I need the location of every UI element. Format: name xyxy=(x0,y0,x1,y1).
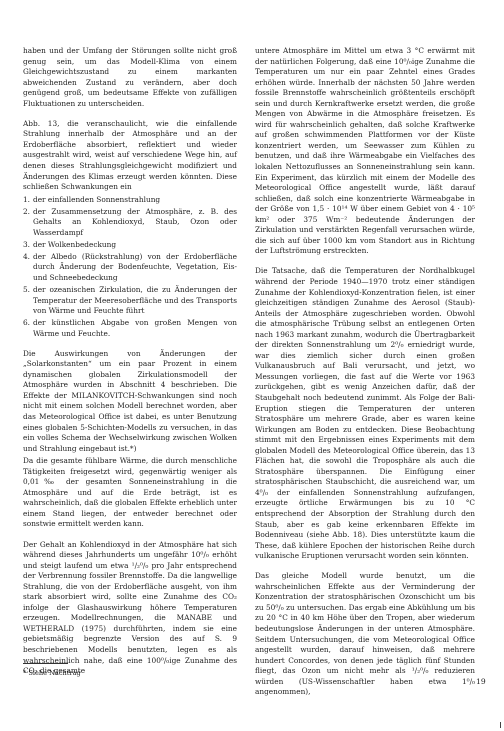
footnote: * Siehe Nachtrag xyxy=(23,669,81,677)
list-item: 1.der einfallenden Sonnenstrahlung xyxy=(23,195,237,206)
list-text: der Albedo (Rückstrahlung) von der Erdob… xyxy=(33,252,237,282)
list-number: 4. xyxy=(23,252,30,263)
page-number: 19 xyxy=(476,677,486,686)
document-page: haben und der Umfang der Störungen sollt… xyxy=(0,0,504,731)
list-number: 5. xyxy=(23,285,30,296)
paragraph: Da die gesamte fühlbare Wärme, die durch… xyxy=(23,456,237,530)
list-number: 3. xyxy=(23,240,30,251)
paragraph: Das gleiche Modell wurde benutzt, um die… xyxy=(255,571,475,698)
numbered-list: 1.der einfallenden Sonnenstrahlung 2.der… xyxy=(23,195,237,340)
crop-mark xyxy=(500,722,501,728)
paragraph: Die Auswirkungen von Änderungen der „Sol… xyxy=(23,349,237,454)
footnote-divider xyxy=(23,663,68,664)
list-text: der Zusammensetzung der Atmosphäre, z. B… xyxy=(33,207,237,237)
list-item: 2.der Zusammensetzung der Atmosphäre, z.… xyxy=(23,207,237,239)
list-number: 2. xyxy=(23,207,30,218)
list-item: 5.der ozeanischen Zirkulation, die zu Än… xyxy=(23,285,237,317)
right-column: untere Atmosphäre im Mittel um etwa 3 °C… xyxy=(255,46,475,707)
paragraph: untere Atmosphäre im Mittel um etwa 3 °C… xyxy=(255,46,475,257)
list-text: der künstlichen Abgabe von großen Mengen… xyxy=(33,318,237,338)
list-text: der ozeanischen Zirkulation, die zu Ände… xyxy=(33,285,237,315)
list-number: 6. xyxy=(23,318,30,329)
list-item: 4.der Albedo (Rückstrahlung) von der Erd… xyxy=(23,252,237,284)
paragraph: Die Tatsache, daß die Temperaturen der N… xyxy=(255,266,475,561)
paragraph: haben und der Umfang der Störungen sollt… xyxy=(23,46,237,109)
list-number: 1. xyxy=(23,195,30,206)
list-item: 3.der Wolkenbedeckung xyxy=(23,240,237,251)
paragraph: Abb. 13, die veranschaulicht, wie die ei… xyxy=(23,119,237,193)
list-item: 6.der künstlichen Abgabe von großen Meng… xyxy=(23,318,237,339)
list-text: der einfallenden Sonnenstrahlung xyxy=(33,195,160,204)
paragraph: Der Gehalt an Kohlendioxyd in der Atmosp… xyxy=(23,540,237,677)
list-text: der Wolkenbedeckung xyxy=(33,240,116,249)
left-column: haben und der Umfang der Störungen sollt… xyxy=(23,46,237,686)
